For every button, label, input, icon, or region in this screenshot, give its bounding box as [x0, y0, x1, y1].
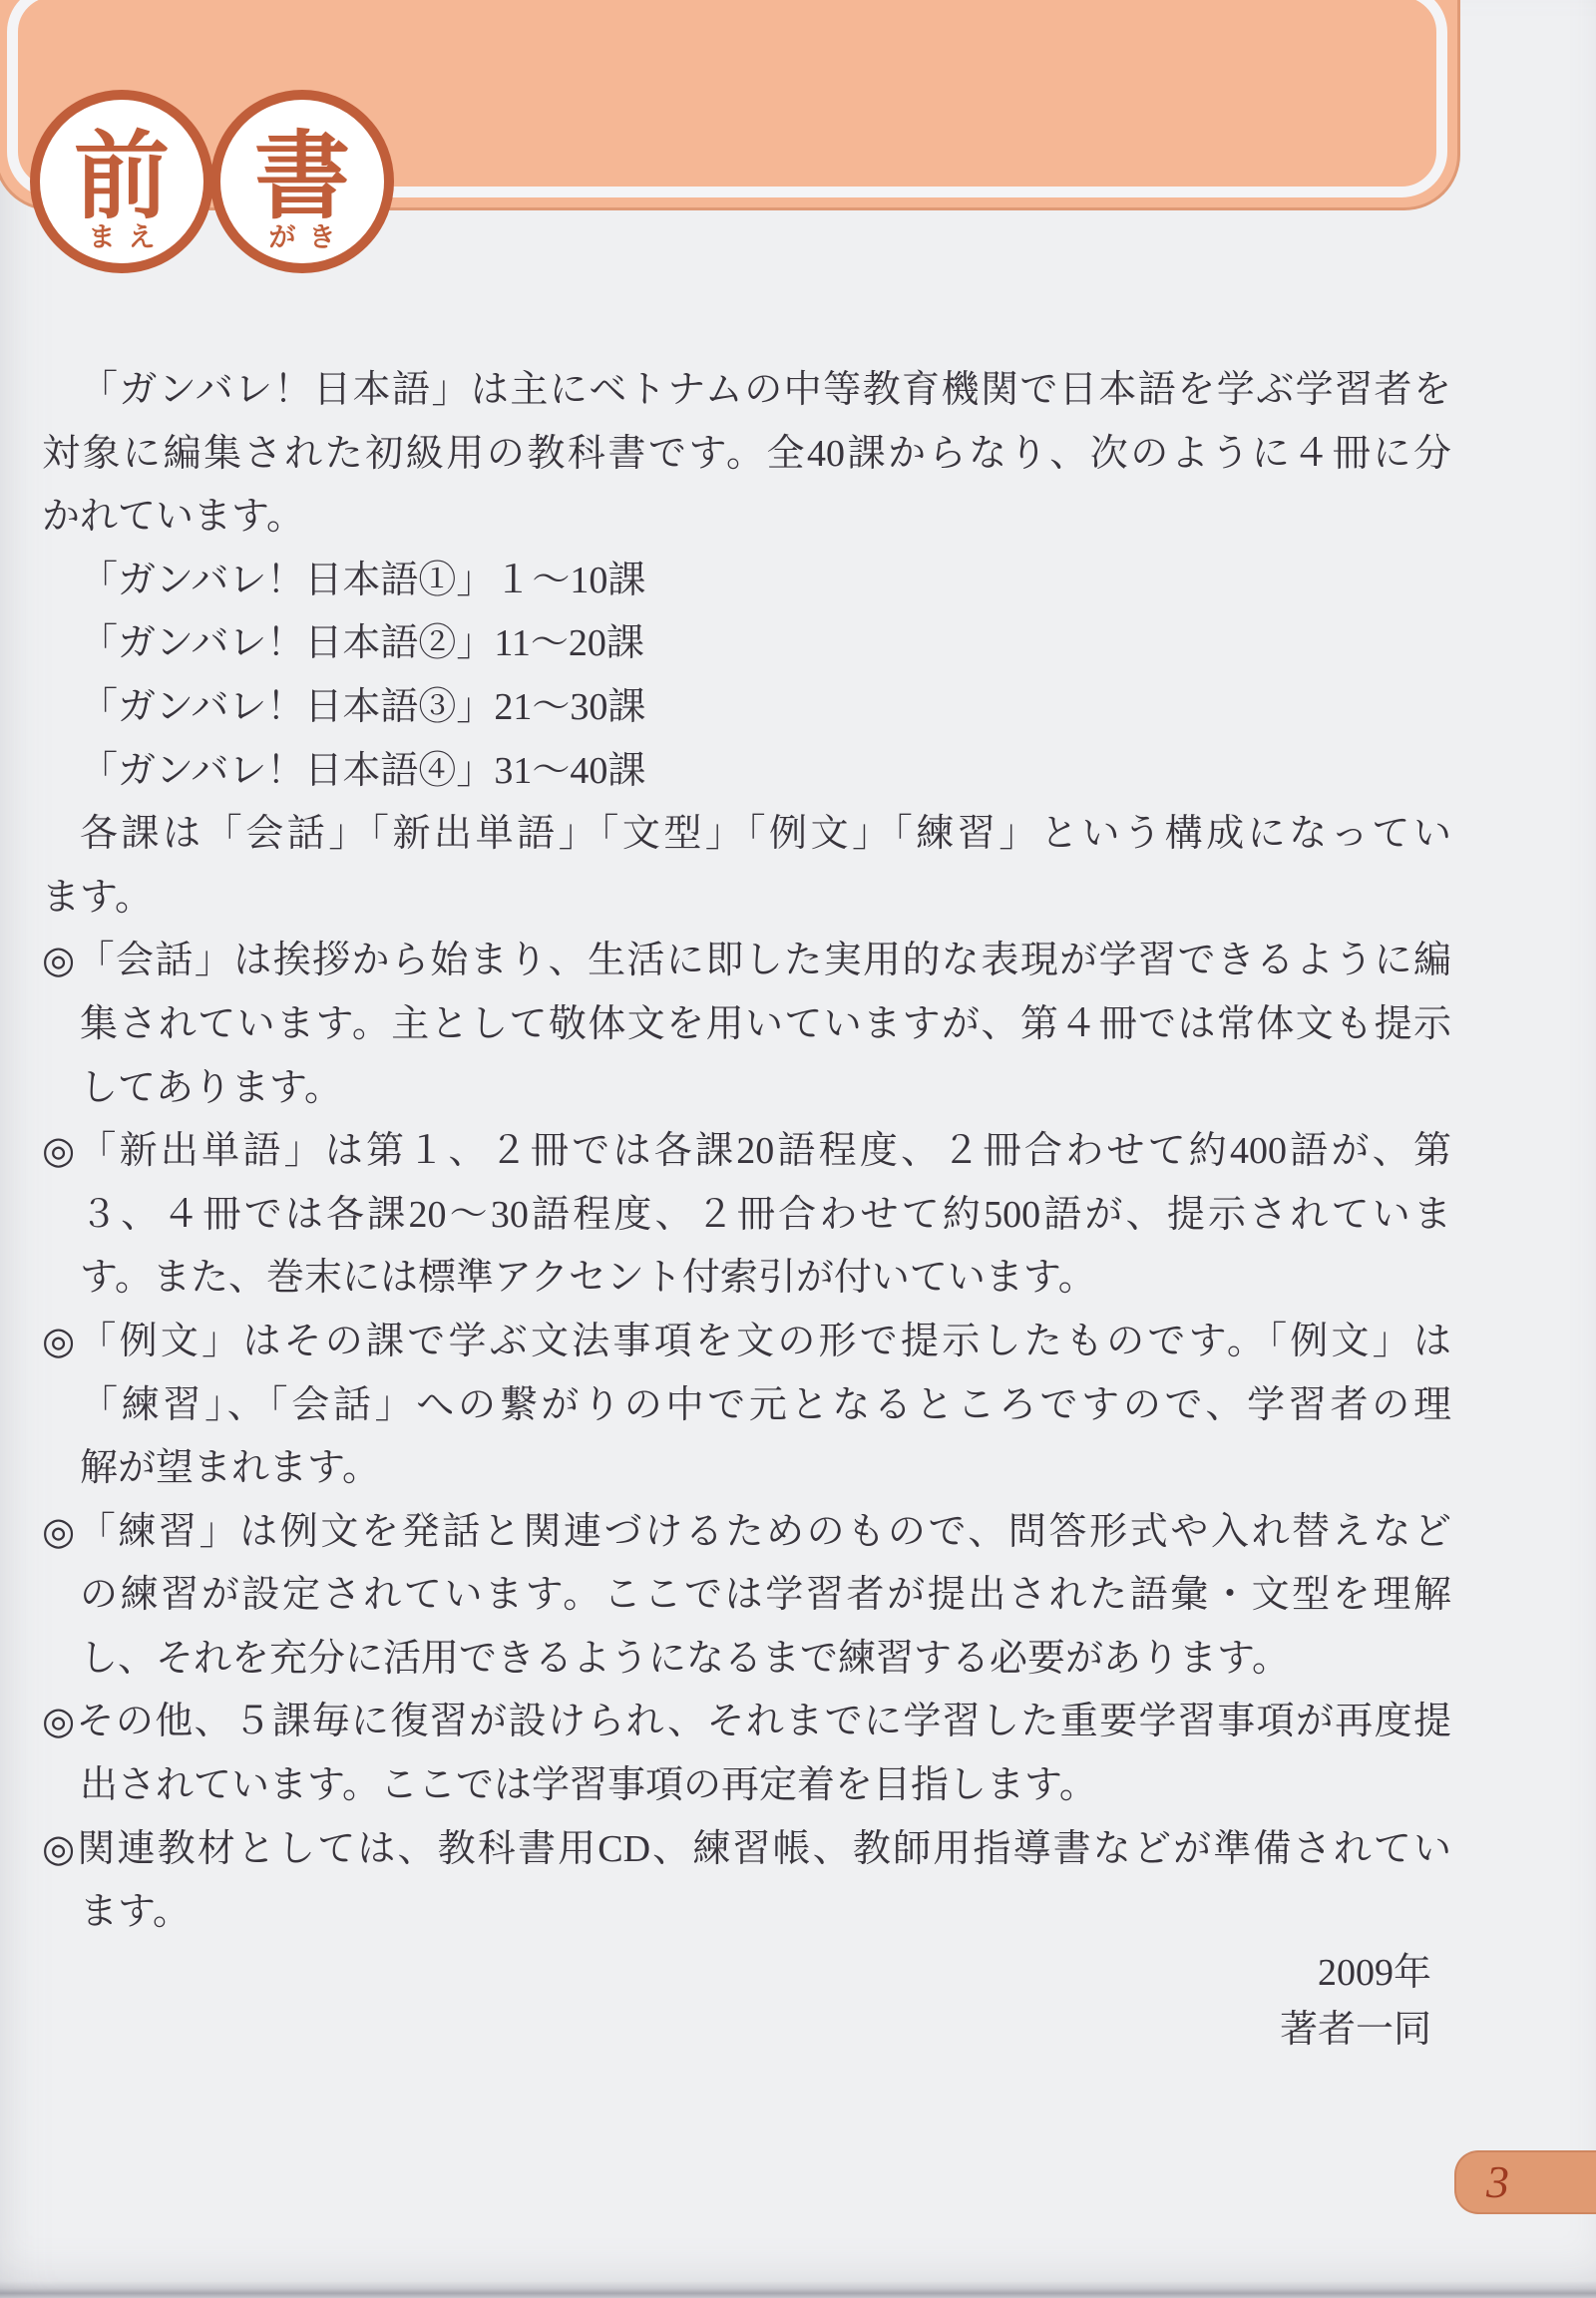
text-line: 「ガンバレ！日本語」は主にベトナムの中等教育機関で日本語を学ぶ学習者を — [42, 359, 1451, 423]
paragraph-bullet: ◎「例文」はその課で学ぶ文法事項を文の形で提示したものです。「例文」は「練習」、… — [42, 1311, 1451, 1501]
paragraph-sign: 2009年著者一同 — [42, 1945, 1451, 2059]
title-kanji-mae: 前 — [74, 134, 170, 219]
text-line: ◎「会話」は挨拶から始まり、生活に即した実用的な表現が学習できるように編 — [42, 930, 1451, 993]
text-line: してあります。 — [42, 1057, 1451, 1121]
page-bottom-edge — [0, 2281, 1596, 2298]
text-line: ます。 — [42, 867, 1451, 931]
text-line: ３、４冊では各課20～30語程度、２冊合わせて約500語が、提示されていま — [42, 1184, 1451, 1248]
text-line: 対象に編集された初級用の教科書です。全40課からなり、次のように４冊に分 — [42, 423, 1451, 487]
text-line: ◎「練習」は例文を発話と関連づけるためのもので、問答形式や入れ替えなど — [42, 1501, 1451, 1565]
paragraph-bullet: ◎「新出単語」は第１、２冊では各課20語程度、２冊合わせて約400語が、第３、４… — [42, 1120, 1451, 1311]
text-line: ます。 — [42, 1881, 1451, 1945]
text-line: ◎関連教材としては、教科書用CD、練習帳、教師用指導書などが準備されてい — [42, 1818, 1451, 1882]
text-line: 著者一同 — [42, 2002, 1431, 2059]
title-badge-mae: 前 まえ — [30, 90, 213, 273]
text-line: ◎「例文」はその課で学ぶ文法事項を文の形で提示したものです。「例文」は — [42, 1311, 1451, 1374]
text-line: 集されています。主として敬体文を用いていますが、第４冊では常体文も提示 — [42, 993, 1451, 1057]
paragraph-bullet: ◎「練習」は例文を発話と関連づけるためのもので、問答形式や入れ替えなどの練習が設… — [42, 1501, 1451, 1692]
text-line: の練習が設定されています。ここでは学習者が提出された語彙・文型を理解 — [42, 1564, 1451, 1628]
text-line: す。また、巻末には標準アクセント付索引が付いています。 — [42, 1247, 1451, 1311]
title-kanji-gaki: 書 — [254, 134, 350, 219]
text-line: 各課は「会話」「新出単語」「文型」「例文」「練習」という構成になってい — [42, 803, 1451, 867]
paragraph-bullet: ◎その他、５課毎に復習が設けられ、それまでに学習した重要学習事項が再度提出されて… — [42, 1691, 1451, 1817]
text-line: 「ガンバレ！日本語③」21～30課 — [42, 676, 1451, 740]
text-line: 「ガンバレ！日本語①」１～10課 — [42, 550, 1451, 613]
page-number-tab: 3 — [1454, 2150, 1596, 2214]
paragraph-list: 「ガンバレ！日本語①」１～10課「ガンバレ！日本語②」11～20課「ガンバレ！日… — [42, 550, 1451, 803]
text-line: 「ガンバレ！日本語②」11～20課 — [42, 612, 1451, 676]
paragraph-bullet: ◎関連教材としては、教科書用CD、練習帳、教師用指導書などが準備されています。 — [42, 1818, 1451, 1945]
title-furigana-gaki: がき — [256, 224, 349, 251]
text-line: 「練習」、「会話」への繋がりの中で元となるところですので、学習者の理 — [42, 1374, 1451, 1438]
text-line: 「ガンバレ！日本語④」31～40課 — [42, 740, 1451, 804]
text-line: 解が望まれます。 — [42, 1437, 1451, 1501]
text-line: 2009年 — [42, 1945, 1431, 2002]
text-line: し、それを充分に活用できるようになるまで練習する必要があります。 — [42, 1628, 1451, 1692]
text-line: かれています。 — [42, 486, 1451, 550]
text-line: ◎「新出単語」は第１、２冊では各課20語程度、２冊合わせて約400語が、第 — [42, 1120, 1451, 1184]
body-text: 「ガンバレ！日本語」は主にベトナムの中等教育機関で日本語を学ぶ学習者を対象に編集… — [42, 359, 1451, 2059]
paragraph-indent: 「ガンバレ！日本語」は主にベトナムの中等教育機関で日本語を学ぶ学習者を対象に編集… — [42, 359, 1451, 550]
page-number: 3 — [1486, 2159, 1509, 2205]
paragraph-bullet: ◎「会話」は挨拶から始まり、生活に即した実用的な表現が学習できるように編集されて… — [42, 930, 1451, 1120]
text-line: 出されています。ここでは学習事項の再定着を目指します。 — [42, 1754, 1451, 1818]
title-furigana-mae: まえ — [76, 224, 169, 251]
text-line: ◎その他、５課毎に復習が設けられ、それまでに学習した重要学習事項が再度提 — [42, 1691, 1451, 1754]
title-badge-gaki: 書 がき — [210, 90, 394, 273]
page-background: 前 まえ 書 がき 「ガンバレ！日本語」は主にベトナムの中等教育機関で日本語を学… — [0, 0, 1596, 2298]
paragraph-indent: 各課は「会話」「新出単語」「文型」「例文」「練習」という構成になっています。 — [42, 803, 1451, 930]
